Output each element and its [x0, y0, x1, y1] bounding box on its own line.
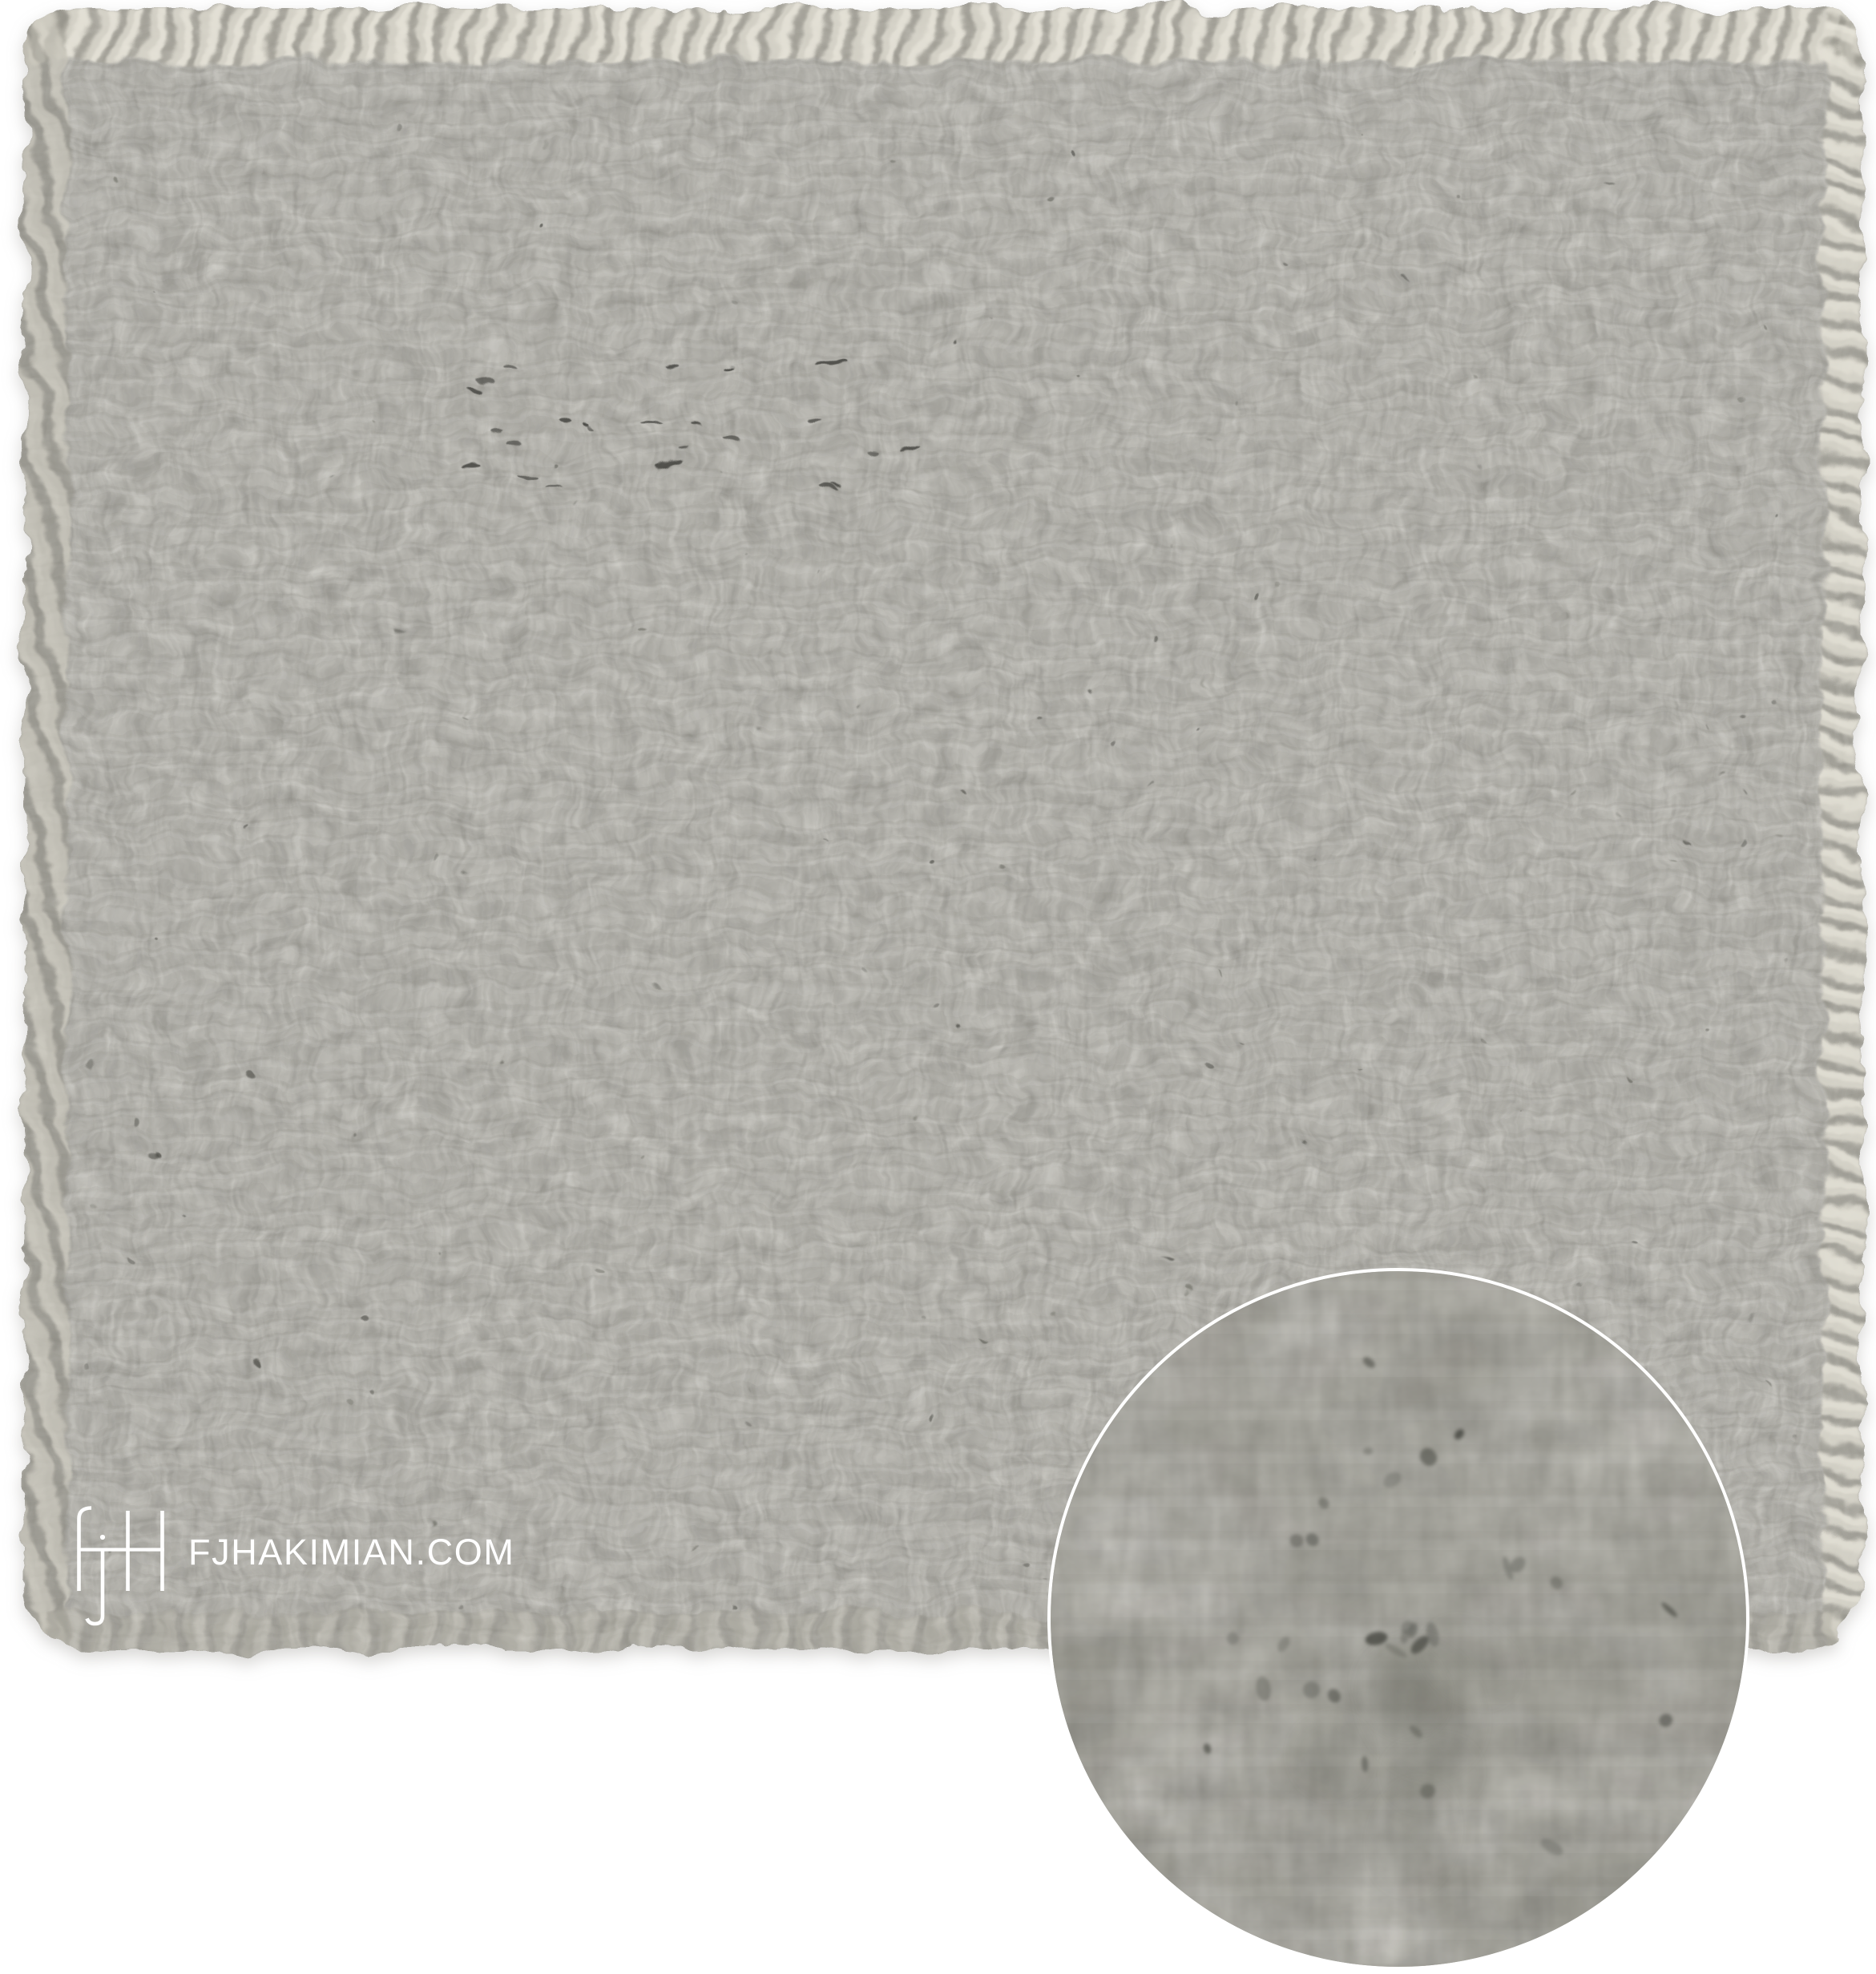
pile-speck	[1454, 188, 1460, 193]
pile-speck	[1166, 1253, 1172, 1259]
pile-speck	[728, 301, 734, 308]
pile-speck	[394, 626, 402, 632]
fjh-monogram-logo	[71, 1502, 171, 1630]
pile-speck	[1769, 699, 1774, 705]
pile-speck	[397, 122, 401, 128]
pile-speck	[928, 855, 934, 861]
pile-speck	[1708, 721, 1710, 726]
pile-speck	[813, 567, 816, 570]
braid-edge-right	[1823, 8, 1863, 1649]
watermark-site-label: FJHAKIMIAN.COM	[188, 1534, 514, 1570]
pile-speck	[1196, 731, 1198, 733]
pile-speck	[807, 416, 818, 421]
watermark: FJHAKIMIAN.COM	[71, 1502, 648, 1646]
pile-speck	[470, 869, 473, 872]
monogram-j-dot	[100, 1535, 105, 1540]
pile-speck	[861, 451, 873, 455]
monogram-letter-j	[87, 1549, 103, 1624]
rug-sample-photo: FJHAKIMIAN.COM	[0, 0, 1876, 1974]
magnifier-circle	[1047, 1268, 1749, 1970]
pile-speck	[83, 1363, 89, 1371]
braid-edge-left	[24, 8, 67, 1649]
pile-speck	[918, 1114, 922, 1120]
pile-speck	[738, 559, 740, 560]
braid-edge-top	[24, 8, 1863, 61]
